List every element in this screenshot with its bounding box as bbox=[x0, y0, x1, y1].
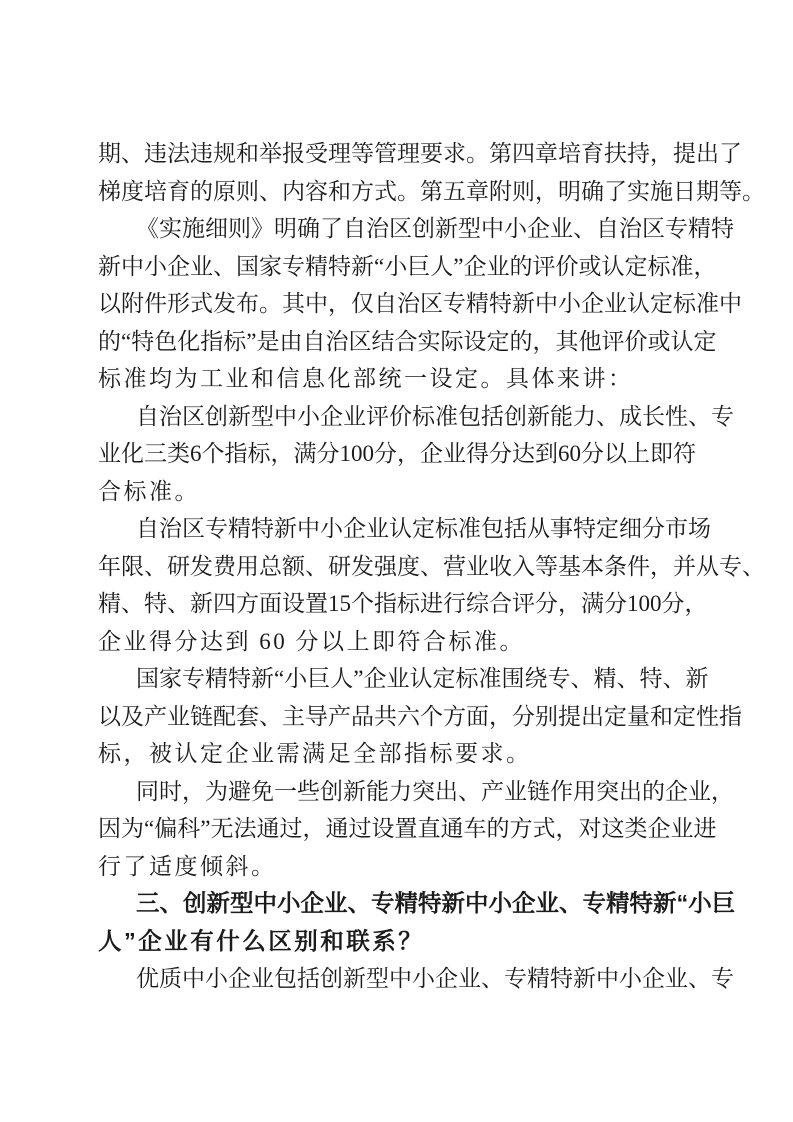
heading-line: 人”企业有什么区别和联系？ bbox=[98, 923, 695, 961]
body-line: 标准均为工业和信息化部统一设定。具体来讲： bbox=[98, 360, 695, 398]
body-line: 梯度培育的原则、内容和方式。第五章附则，明确了实施日期等。 bbox=[98, 173, 695, 211]
body-line: 《实施细则》明确了自治区创新型中小企业、自治区专精特 bbox=[98, 210, 695, 248]
document-body: 期、违法违规和举报受理等管理要求。第四章培育扶持，提出了梯度培育的原则、内容和方… bbox=[98, 135, 695, 998]
body-line: 优质中小企业包括创新型中小企业、专精特新中小企业、专 bbox=[98, 960, 695, 998]
body-line: 以及产业链配套、主导产品共六个方面，分别提出定量和定性指 bbox=[98, 698, 695, 736]
body-line: 合标准。 bbox=[98, 473, 695, 511]
body-line: 的“特色化指标”是由自治区结合实际设定的，其他评价或认定 bbox=[98, 323, 695, 361]
body-line: 自治区创新型中小企业评价标准包括创新能力、成长性、专 bbox=[98, 398, 695, 436]
body-line: 同时，为避免一些创新能力突出、产业链作用突出的企业， bbox=[98, 773, 695, 811]
body-line: 年限、研发费用总额、研发强度、营业收入等基本条件，并从专、 bbox=[98, 548, 695, 586]
body-line: 标，被认定企业需满足全部指标要求。 bbox=[98, 735, 695, 773]
body-line: 自治区专精特新中小企业认定标准包括从事特定细分市场 bbox=[98, 510, 695, 548]
body-line: 精、特、新四方面设置15个指标进行综合评分，满分100分， bbox=[98, 585, 695, 623]
body-line: 新中小企业、国家专精特新“小巨人”企业的评价或认定标准， bbox=[98, 248, 695, 286]
document-page: 期、违法违规和举报受理等管理要求。第四章培育扶持，提出了梯度培育的原则、内容和方… bbox=[0, 0, 793, 1122]
body-line: 业化三类6个指标，满分100分，企业得分达到60分以上即符 bbox=[98, 435, 695, 473]
body-line: 以附件形式发布。其中，仅自治区专精特新中小企业认定标准中 bbox=[98, 285, 695, 323]
heading-line: 三、创新型中小企业、专精特新中小企业、专精特新“小巨 bbox=[98, 885, 695, 923]
body-line: 期、违法违规和举报受理等管理要求。第四章培育扶持，提出了 bbox=[98, 135, 695, 173]
body-line: 因为“偏科”无法通过，通过设置直通车的方式，对这类企业进 bbox=[98, 810, 695, 848]
body-line: 企业得分达到 60 分以上即符合标准。 bbox=[98, 623, 695, 661]
body-line: 行了适度倾斜。 bbox=[98, 848, 695, 886]
body-line: 国家专精特新“小巨人”企业认定标准围绕专、精、特、新 bbox=[98, 660, 695, 698]
